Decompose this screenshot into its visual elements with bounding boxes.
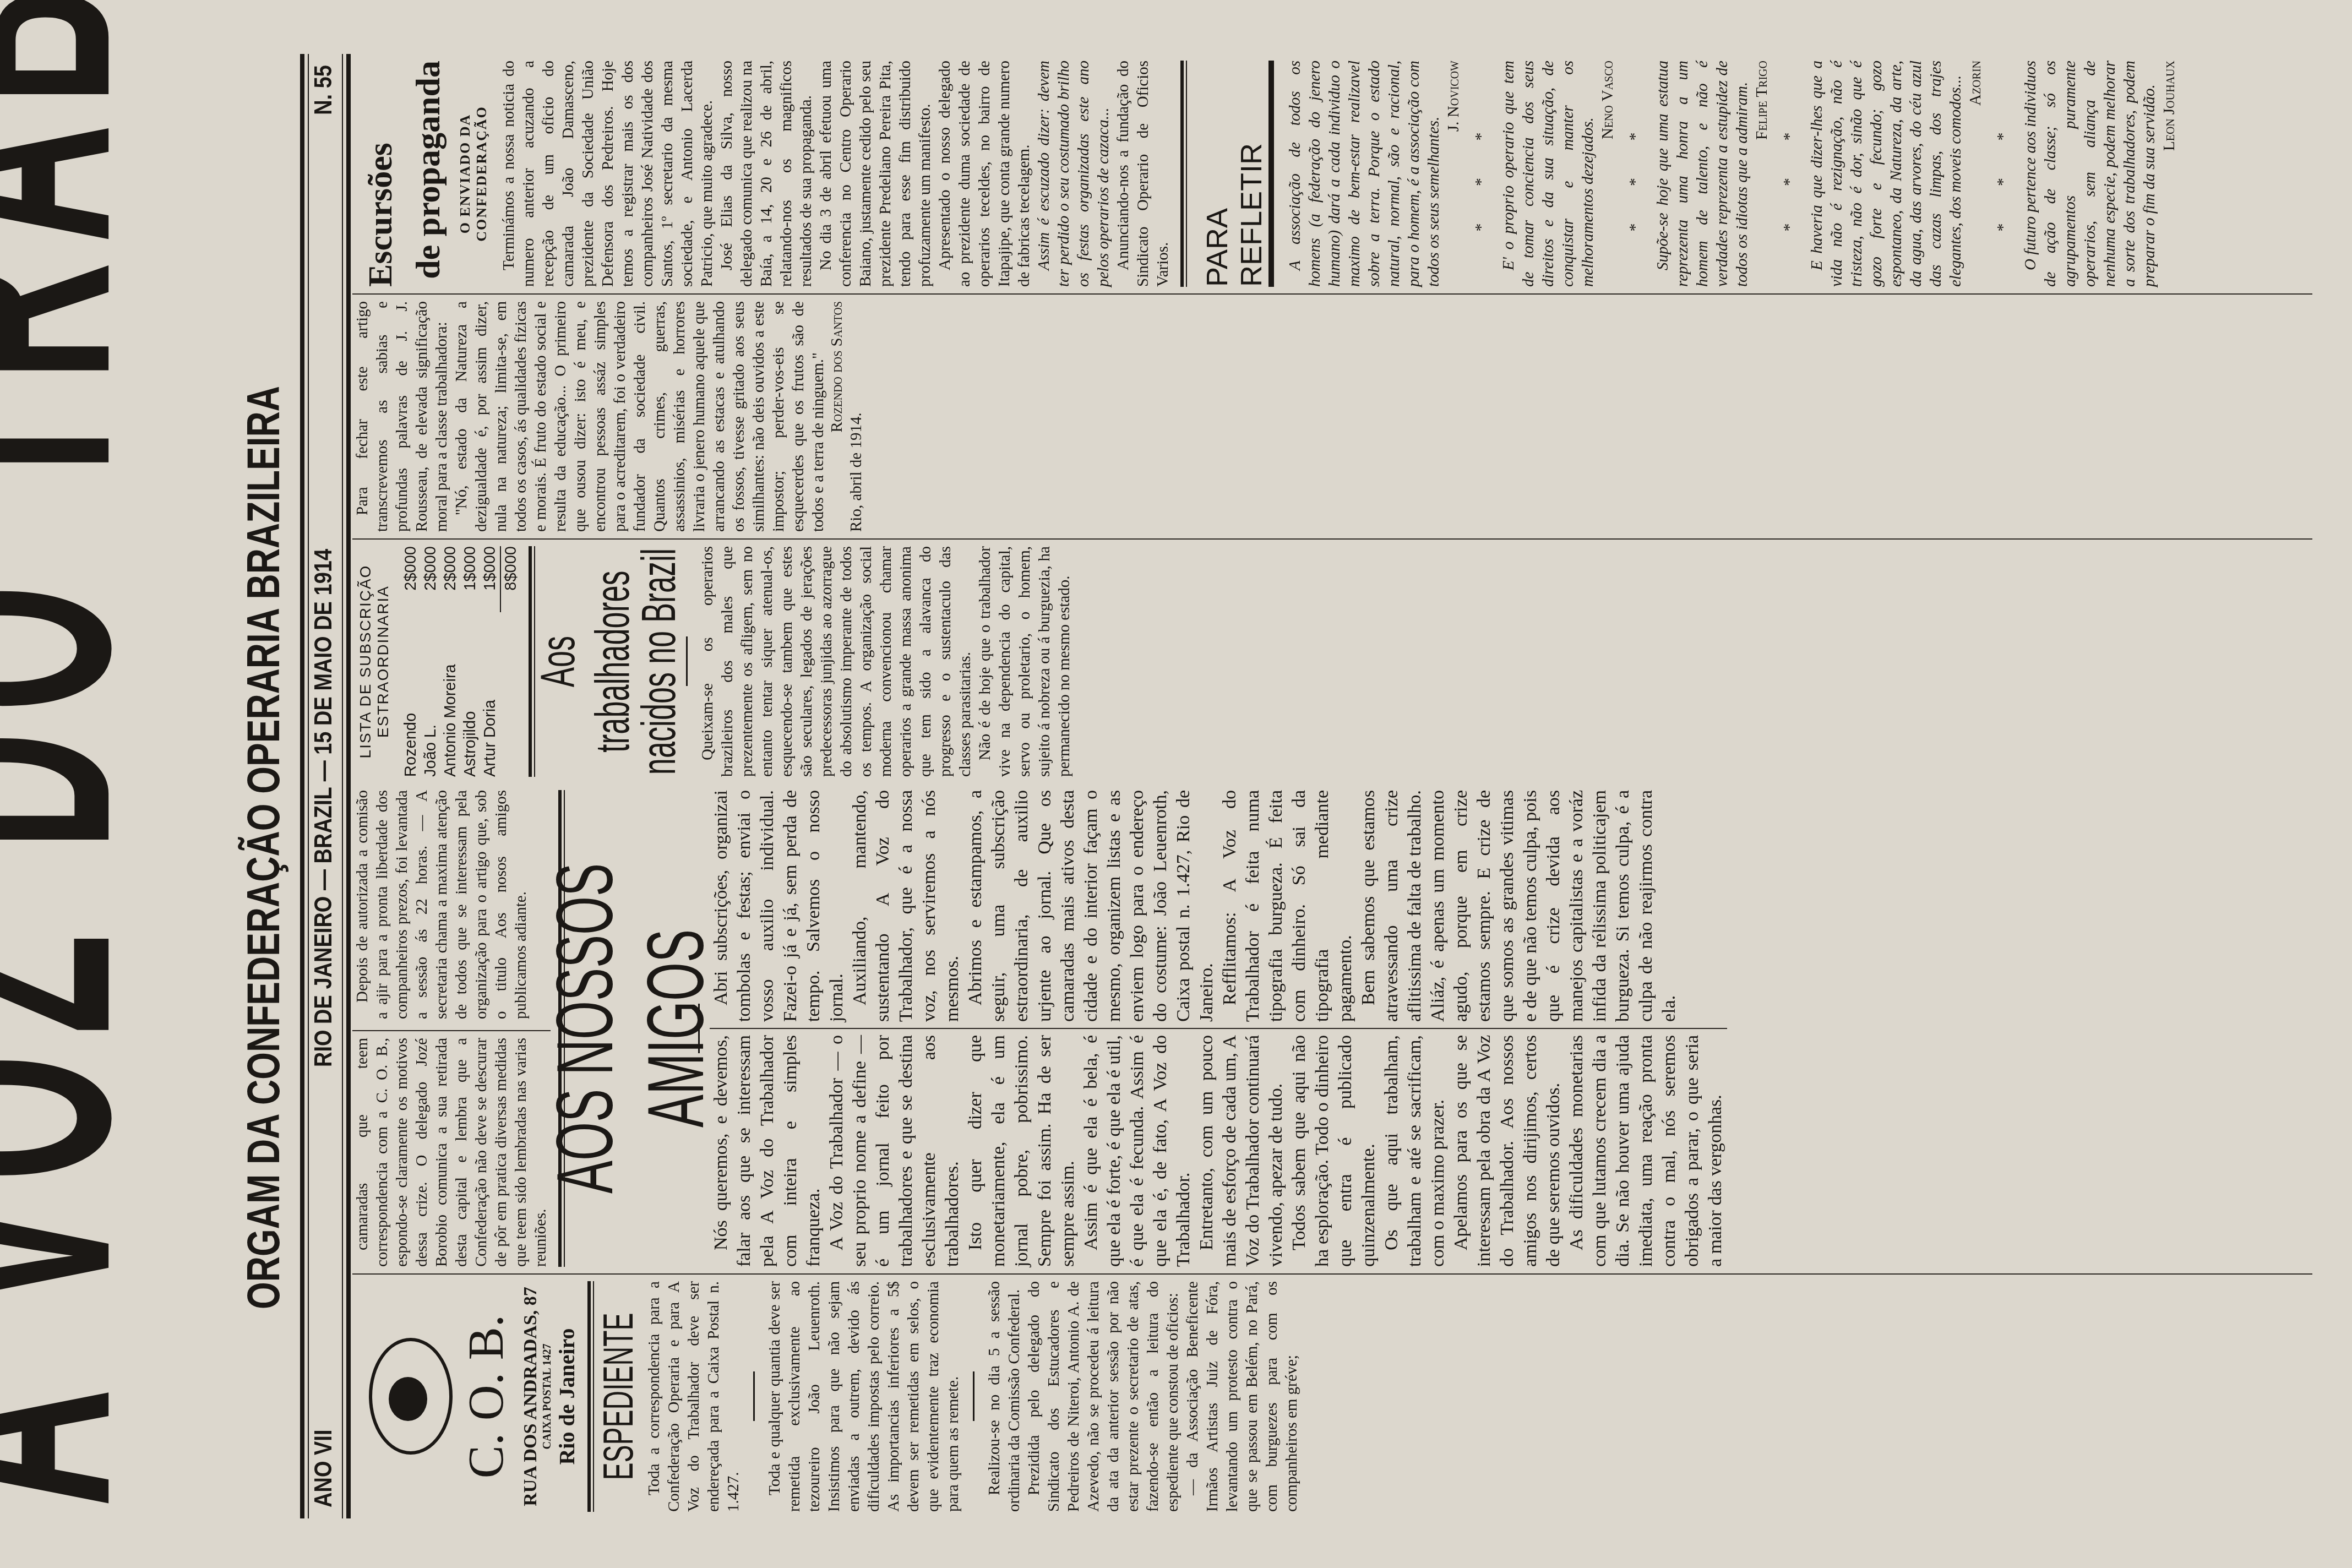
para-refletir-quotes: A associação de todos os homens (a feder…	[1285, 61, 2179, 287]
amigos-paragraph: Isto quer dizer que monetariamente, ela …	[964, 1035, 1080, 1267]
para-refletir-heading: PARA REFLETIR	[1200, 61, 1274, 287]
cob-initials: C. O. B.	[458, 1281, 515, 1512]
article-signature: Rozendo dos Santos	[828, 301, 846, 532]
escursoes-paragraph: Anunciando-nos a fundação do Sindicato O…	[1113, 61, 1173, 287]
espediente-paragraph: — da Associação Beneficente Irmãos Artis…	[1183, 1281, 1302, 1512]
amigos-paragraph: Refflitamos: A Voz do Trabalhador é feit…	[1218, 790, 1357, 1022]
amigos-paragraph: Os que aqui trabalham, trabalham e até s…	[1380, 1035, 1450, 1267]
separator-stars-icon: * * *	[1779, 61, 1799, 287]
cob-city: Rio de Janeiro	[554, 1281, 580, 1512]
subscription-amount: 2$000	[440, 546, 460, 591]
quote-author: Azorin	[1966, 61, 1985, 287]
divider	[587, 1281, 594, 1512]
divider	[973, 1372, 974, 1422]
escursoes-paragraph: Terminámos a nossa noticia do numero ant…	[499, 61, 717, 287]
issue-number: N. 55	[311, 65, 337, 115]
espediente-paragraph: Prezidida pelo delegado do Sindicato dos…	[1024, 1281, 1183, 1512]
column-2-3: camaradas que teem correspondencia com a…	[352, 783, 2312, 1273]
separator-stars-icon: * * *	[1471, 61, 1491, 287]
cob-address: RUA DOS ANDRADAS, 87	[520, 1281, 541, 1512]
divider	[1180, 61, 1187, 287]
amigos-paragraph: Todos sabem que aqui não ha esploração. …	[1288, 1035, 1380, 1267]
column-4: LISTA DE SUBSCRIÇÃO ESTRAORDINARIA Rozen…	[352, 538, 2312, 783]
nacidos-body: Queixam-se os operarios brazileiros dos …	[698, 546, 1074, 777]
subscriber-name: Astrojildo	[460, 711, 480, 777]
divider	[753, 1372, 755, 1422]
espediente-paragraph: Toda e qualquer quantia deve ser remetid…	[765, 1281, 963, 1512]
subscription-heading: LISTA DE SUBSCRIÇÃO ESTRAORDINARIA	[357, 546, 392, 777]
quote-text: A associação de todos os homens (a feder…	[1285, 61, 1444, 287]
scanned-page-background: A VOZ DO TRABALHADOR ORGAM DA CONFEDERAÇ…	[0, 0, 2352, 1568]
fragment-text: Depois de autorizada a comisão a ajir pa…	[352, 790, 531, 1019]
article-place-date: Rio, abril de 1914.	[846, 301, 866, 532]
quote-text: Supõe-se hoje que uma estatua reprezenta…	[1653, 61, 1752, 287]
newspaper-page: A VOZ DO TRABALHADOR ORGAM DA CONFEDERAÇ…	[0, 0, 2352, 1568]
subscriber-name: Artur Doria	[480, 700, 500, 777]
amigos-body: Nós queremos, e devemos, falar aos que s…	[710, 790, 1727, 1267]
espediente-paragraph: Toda a correspondencia para a Confederaç…	[644, 1281, 743, 1512]
separator-stars-icon: * * *	[1625, 61, 1645, 287]
amigos-paragraph: Abri subscrições, organizai tombolas e f…	[710, 790, 848, 1022]
subscription-row: Antonio Moreira2$000	[440, 546, 460, 777]
escursoes-paragraph: No dia 3 de abril efetuou uma conferenci…	[816, 61, 935, 287]
amigos-paragraph: Entretanto, com um pouco mais de esforço…	[1195, 1035, 1288, 1267]
fragment-1: camaradas que teem correspondencia com a…	[352, 1030, 551, 1267]
natureza-paragraph: Para fechar este artigo transcrevemos as…	[352, 301, 451, 532]
escursoes-paragraph: Apresentado o nosso delegado ao preziden…	[935, 61, 1034, 287]
escursoes-heading-2: de propaganda	[409, 61, 448, 287]
escursoes-paragraph: Assim é escuzado dizer: devem ter perdid…	[1034, 61, 1113, 287]
quote-author: Felipe Trigo	[1752, 61, 1772, 287]
amigos-heading: AOS NOSSOS AMIGOS	[541, 790, 722, 1267]
subscription-total: 8$000	[500, 546, 521, 612]
escursoes-heading-1: Escursões	[361, 61, 400, 287]
subscription-row: Astrojildo1$000	[460, 546, 480, 777]
quote-author: Leon Jouhaux	[2159, 61, 2179, 287]
subscriber-name: João L.	[421, 725, 440, 777]
quote-text: E haveria que dizer-lhes que a vida não …	[1807, 61, 1966, 287]
cob-seal-icon	[369, 1338, 453, 1455]
subscription-row: Artur Doria1$000	[480, 546, 500, 777]
nacidos-paragraph: Queixam-se os operarios brazileiros dos …	[698, 546, 975, 777]
espediente-heading: ESPEDIENTE	[595, 1281, 644, 1512]
subscription-list: Rozendo2$000 João L.2$000 Antonio Moreir…	[401, 546, 521, 777]
subscription-amount: 1$000	[480, 546, 500, 591]
masthead: A VOZ DO TRABALHADOR ORGAM DA CONFEDERAÇ…	[0, 0, 308, 1568]
natureza-paragraph: "Nó, estado da Natureza a dezigualdade é…	[451, 301, 828, 532]
subscription-row: João L.2$000	[421, 546, 440, 777]
quote-author: Neno Vasco	[1598, 61, 1618, 287]
escursoes-subheading: O ENVIADO DA CONFEDERAÇÃO	[457, 61, 490, 287]
cob-po-box: CAIXA POSTAL 1427	[541, 1281, 554, 1512]
column-5: Para fechar este artigo transcrevemos as…	[352, 293, 2312, 538]
nacidos-heading-1: Aos trabalhadores	[531, 546, 640, 777]
subscription-amount: 1$000	[460, 546, 480, 591]
amigos-paragraph: Auxiliando, mantendo, sustentando A Voz …	[848, 790, 964, 1022]
amigos-paragraph: A Voz do Trabalhador — o seu proprio nom…	[825, 1035, 964, 1267]
newspaper-title: A VOZ DO TRABALHADOR	[0, 65, 171, 1507]
amigos-paragraph: As dificuldades monetarias com que lutam…	[1565, 1035, 1727, 1267]
quote-author: J. Novicow	[1444, 61, 1463, 287]
subscriber-name: Antonio Moreira	[440, 664, 460, 777]
subscription-amount: 2$000	[401, 546, 421, 591]
subscription-amount: 2$000	[421, 546, 440, 591]
year-label: ANO VII	[311, 1430, 337, 1507]
dateline-bar: ANO VII RIO DE JANEIRO — BRAZIL — 15 DE …	[300, 54, 351, 1518]
date-location: RIO DE JANEIRO — BRAZIL — 15 DE MAIO DE …	[311, 549, 337, 1067]
nacidos-heading-2: nacidos no Brazil	[631, 546, 686, 777]
separator-stars-icon: * * *	[1993, 61, 2013, 287]
fragment-2: Depois de autorizada a comisão a ajir pa…	[352, 790, 551, 1019]
subscription-row: Rozendo2$000	[401, 546, 421, 777]
escursoes-body: Terminámos a nossa noticia do numero ant…	[499, 61, 1173, 287]
quote-text: O futuro pertence aos individuos de ação…	[2021, 61, 2159, 287]
column-1: C. O. B. RUA DOS ANDRADAS, 87 CAIXA POST…	[352, 1273, 2312, 1518]
amigos-paragraph: Assim é que ela é bela, é que ela é fort…	[1080, 1035, 1195, 1267]
nacidos-paragraph: Não é de hoje que o trabalhador vive na …	[975, 546, 1074, 777]
natureza-body: Para fechar este artigo transcrevemos as…	[352, 301, 828, 532]
amigos-paragraph: Nós queremos, e devemos, falar aos que s…	[710, 1035, 825, 1267]
espediente-body: Toda a correspondencia para a Confederaç…	[644, 1281, 1302, 1512]
espediente-paragraph: Realizou-se no dia 5 a sessão ordinaria …	[984, 1281, 1024, 1512]
column-6: Escursões de propaganda O ENVIADO DA CON…	[352, 54, 2312, 293]
fragment-text: camaradas que teem correspondencia com a…	[352, 1038, 551, 1267]
amigos-paragraph: Bem sabemos que estamos atravessando uma…	[1357, 790, 1681, 1022]
top-fragments: camaradas que teem correspondencia com a…	[352, 790, 551, 1267]
amigos-paragraph: Apelamos para os que se interessam pela …	[1450, 1035, 1565, 1267]
quote-text: E' o proprio operario que tem de tomar c…	[1499, 61, 1598, 287]
newspaper-subtitle: ORGAM DA CONFEDERAÇÃO OPERARIA BRAZILEIR…	[237, 386, 290, 1309]
columns: C. O. B. RUA DOS ANDRADAS, 87 CAIXA POST…	[352, 54, 2312, 1518]
escursoes-paragraph: José Elias da Silva, nosso delegado comu…	[717, 61, 816, 287]
subscriber-name: Rozendo	[401, 713, 421, 777]
amigos-paragraph: Abrimos e estampamos, a seguir, uma subs…	[964, 790, 1218, 1022]
